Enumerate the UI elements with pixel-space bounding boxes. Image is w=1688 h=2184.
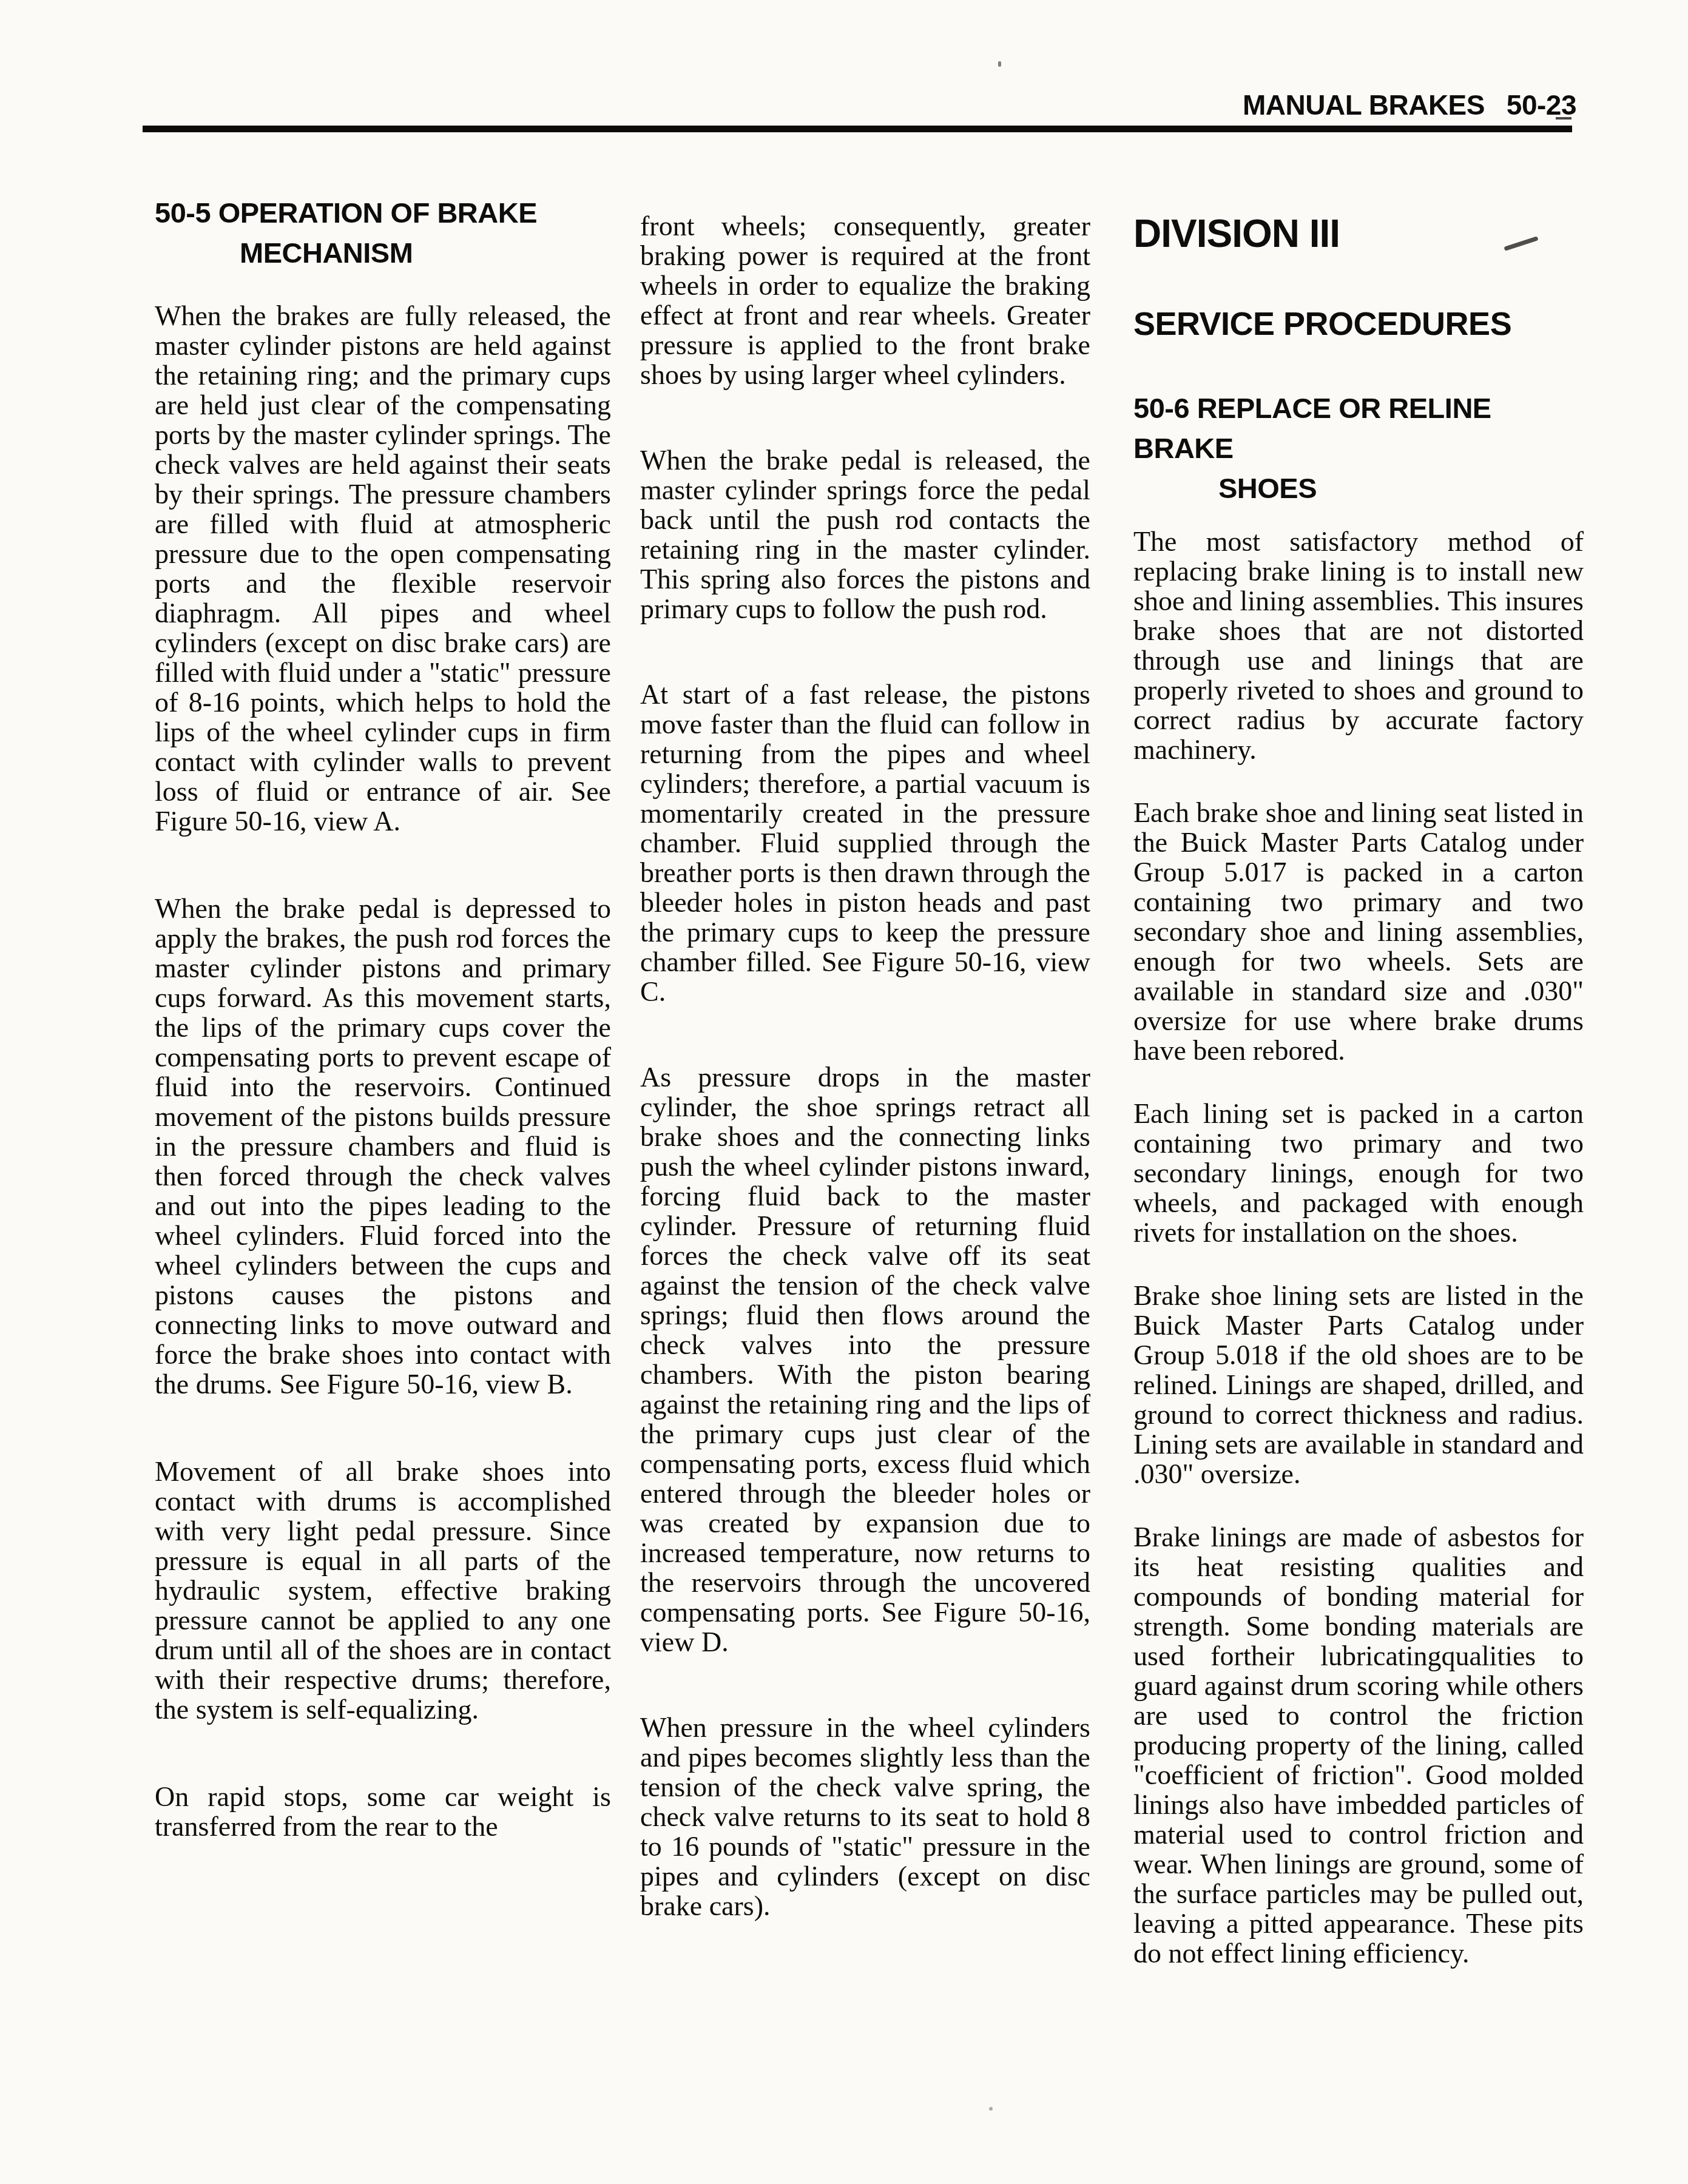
column-left: 50-5 OPERATION OF BRAKE MECHANISM When t… bbox=[155, 193, 611, 1899]
scan-speck-artifact bbox=[998, 61, 1001, 67]
paragraph: As pressure drops in the master cylinder… bbox=[640, 1062, 1090, 1657]
section-heading-50-6: 50-6 REPLACE OR RELINE BRAKE SHOES bbox=[1133, 388, 1584, 508]
section-heading-50-5-line1: 50-5 OPERATION OF BRAKE bbox=[155, 193, 611, 233]
paragraph: When pressure in the wheel cylinders and… bbox=[640, 1713, 1090, 1921]
paragraph: When the brake pedal is depressed to app… bbox=[155, 894, 611, 1399]
paragraph: Movement of all brake shoes into contact… bbox=[155, 1457, 611, 1724]
header-rule bbox=[143, 126, 1572, 132]
scan-speck-artifact bbox=[989, 2107, 993, 2111]
section-heading-50-5: 50-5 OPERATION OF BRAKE MECHANISM bbox=[155, 193, 611, 273]
paragraph: When the brake pedal is released, the ma… bbox=[640, 445, 1090, 624]
paragraph: Each brake shoe and lining seat listed i… bbox=[1133, 798, 1584, 1065]
section-heading-50-6-line2: SHOES bbox=[1218, 468, 1584, 508]
column-middle: front wheels; consequently, greater brak… bbox=[640, 211, 1090, 1977]
manual-page: MANUAL BRAKES 50-23 50-5 OPERATION OF BR… bbox=[0, 0, 1688, 2184]
running-header-title: MANUAL BRAKES bbox=[1243, 89, 1485, 121]
service-procedures-heading: SERVICE PROCEDURES bbox=[1133, 306, 1584, 342]
paragraph: Each lining set is packed in a carton co… bbox=[1133, 1099, 1584, 1247]
running-header: MANUAL BRAKES 50-23 bbox=[1243, 89, 1576, 121]
division-heading: DIVISION III bbox=[1133, 212, 1584, 255]
section-heading-50-5-line2: MECHANISM bbox=[240, 233, 611, 273]
paragraph: At start of a fast release, the pistons … bbox=[640, 679, 1090, 1006]
scan-dash-artifact bbox=[1556, 117, 1572, 120]
page-number: 50-23 bbox=[1507, 89, 1576, 121]
paragraph: front wheels; consequently, greater brak… bbox=[640, 211, 1090, 389]
paragraph: On rapid stops, some car weight is trans… bbox=[155, 1782, 611, 1841]
column-right: DIVISION III SERVICE PROCEDURES 50-6 REP… bbox=[1133, 212, 1584, 2001]
paragraph: Brake shoe lining sets are listed in the… bbox=[1133, 1281, 1584, 1489]
section-heading-50-6-line1: 50-6 REPLACE OR RELINE BRAKE bbox=[1133, 388, 1584, 468]
paragraph: The most satisfactory method of replacin… bbox=[1133, 527, 1584, 764]
paragraph: When the brakes are fully released, the … bbox=[155, 301, 611, 836]
paragraph: Brake linings are made of asbestos for i… bbox=[1133, 1522, 1584, 1968]
